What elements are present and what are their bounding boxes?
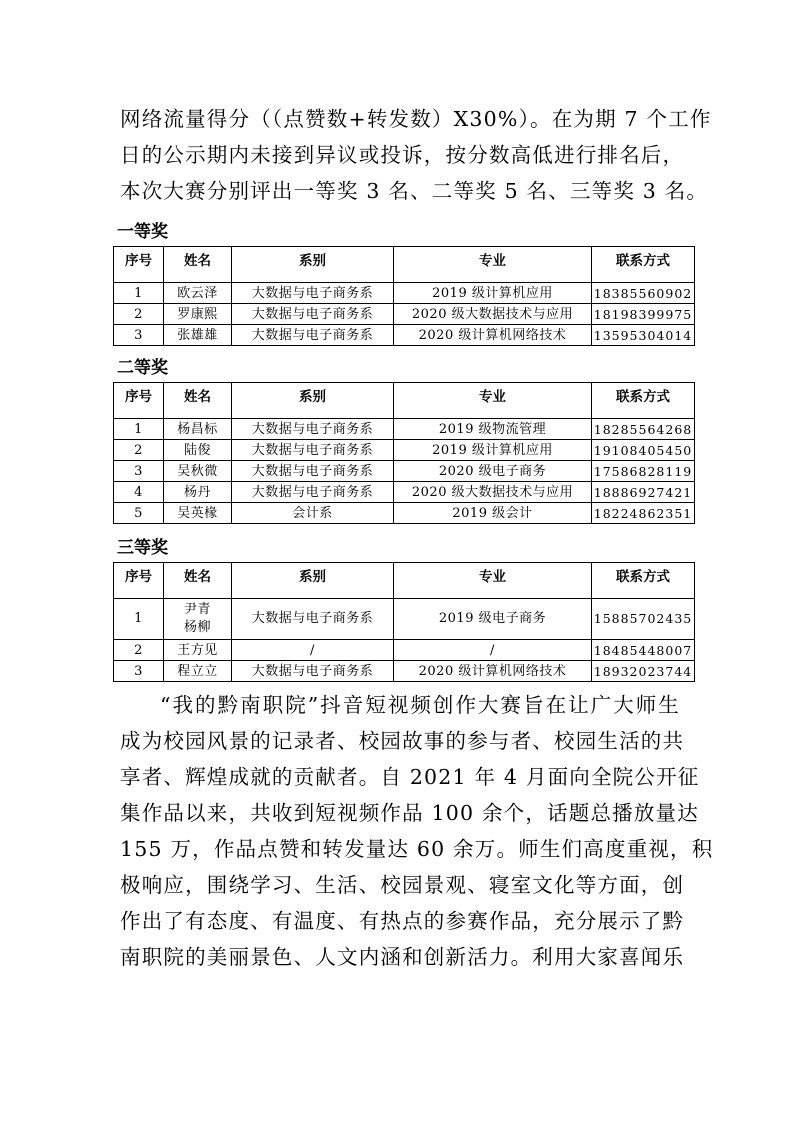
second-prize-heading: 二等奖: [117, 357, 168, 379]
table-row: 3 吴秋微 大数据与电子商务系 2020 级电子商务 17586828119: [114, 461, 695, 482]
header-contact: 联系方式: [592, 383, 695, 419]
cell-major: 2019 级计算机应用: [394, 283, 592, 304]
intro-paragraph: 网络流量得分（（点赞数+转发数）X30%）。在为期 7 个工作 日的公示期内未接…: [120, 101, 680, 209]
cell-contact: 19108405450: [592, 440, 695, 461]
cell-department: 大数据与电子商务系: [232, 283, 394, 304]
header-major: 专业: [394, 247, 592, 283]
cell-no: 1: [114, 599, 164, 640]
cell-no: 2: [114, 440, 164, 461]
first-prize-table: 序号 姓名 系别 专业 联系方式 1 欧云泽 大数据与电子商务系 2019 级计…: [113, 246, 695, 346]
header-contact: 联系方式: [592, 247, 695, 283]
header-department: 系别: [232, 247, 394, 283]
cell-contact: 17586828119: [592, 461, 695, 482]
header-name: 姓名: [164, 247, 232, 283]
header-major: 专业: [394, 383, 592, 419]
table-header-row: 序号 姓名 系别 专业 联系方式: [114, 247, 695, 283]
cell-major: 2019 级电子商务: [394, 599, 592, 640]
text-line: 本次大赛分别评出一等奖 3 名、二等奖 5 名、三等奖 3 名。: [120, 173, 680, 209]
cell-department: 会计系: [232, 503, 394, 524]
header-contact: 联系方式: [592, 563, 695, 599]
table-row: 2 陆俊 大数据与电子商务系 2019 级计算机应用 19108405450: [114, 440, 695, 461]
cell-major: 2020 级计算机网络技术: [394, 325, 592, 346]
cell-no: 4: [114, 482, 164, 503]
cell-name: 张雄雄: [164, 325, 232, 346]
cell-name: 罗康熙: [164, 304, 232, 325]
closing-paragraph: “我的黔南职院”抖音短视频创作大赛旨在让广大师生 成为校园风景的记录者、校园故事…: [120, 687, 680, 975]
header-name: 姓名: [164, 563, 232, 599]
header-no: 序号: [114, 563, 164, 599]
cell-department: 大数据与电子商务系: [232, 325, 394, 346]
cell-department: 大数据与电子商务系: [232, 461, 394, 482]
cell-name: 王方见: [164, 640, 232, 661]
cell-major: 2019 级物流管理: [394, 419, 592, 440]
table-row: 1 杨昌标 大数据与电子商务系 2019 级物流管理 18285564268: [114, 419, 695, 440]
cell-no: 2: [114, 304, 164, 325]
cell-major: 2020 级大数据技术与应用: [394, 304, 592, 325]
cell-contact: 18886927421: [592, 482, 695, 503]
cell-major: 2020 级大数据技术与应用: [394, 482, 592, 503]
cell-contact: 18224862351: [592, 503, 695, 524]
cell-name: 程立立: [164, 661, 232, 682]
table-row: 3 程立立 大数据与电子商务系 2020 级计算机网络技术 1893202374…: [114, 661, 695, 682]
cell-major: /: [394, 640, 592, 661]
cell-no: 1: [114, 419, 164, 440]
table-header-row: 序号 姓名 系别 专业 联系方式: [114, 563, 695, 599]
text-line: 网络流量得分（（点赞数+转发数）X30%）。在为期 7 个工作: [120, 101, 680, 137]
cell-major: 2019 级会计: [394, 503, 592, 524]
table-row: 5 吴英椽 会计系 2019 级会计 18224862351: [114, 503, 695, 524]
table-row: 2 罗康熙 大数据与电子商务系 2020 级大数据技术与应用 181983999…: [114, 304, 695, 325]
text-line: 155 万，作品点赞和转发量达 60 余万。师生们高度重视，积: [120, 831, 680, 867]
cell-major: 2020 级计算机网络技术: [394, 661, 592, 682]
cell-name: 尹青 杨柳: [164, 599, 232, 640]
table-row: 2 王方见 / / 18485448007: [114, 640, 695, 661]
name-line: 尹青: [164, 601, 231, 619]
header-department: 系别: [232, 563, 394, 599]
cell-contact: 18485448007: [592, 640, 695, 661]
cell-contact: 18932023744: [592, 661, 695, 682]
cell-name: 陆俊: [164, 440, 232, 461]
cell-contact: 18285564268: [592, 419, 695, 440]
table-row: 4 杨丹 大数据与电子商务系 2020 级大数据技术与应用 1888692742…: [114, 482, 695, 503]
header-no: 序号: [114, 383, 164, 419]
cell-contact: 18198399975: [592, 304, 695, 325]
table-row: 1 欧云泽 大数据与电子商务系 2019 级计算机应用 18385560902: [114, 283, 695, 304]
cell-no: 2: [114, 640, 164, 661]
cell-department: 大数据与电子商务系: [232, 482, 394, 503]
text-line: 享者、辉煌成就的贡献者。自 2021 年 4 月面向全院公开征: [120, 759, 680, 795]
header-major: 专业: [394, 563, 592, 599]
text-line: 成为校园风景的记录者、校园故事的参与者、校园生活的共: [120, 723, 680, 759]
name-line: 杨柳: [164, 619, 231, 637]
cell-department: /: [232, 640, 394, 661]
cell-major: 2019 级计算机应用: [394, 440, 592, 461]
cell-contact: 15885702435: [592, 599, 695, 640]
cell-no: 3: [114, 461, 164, 482]
header-no: 序号: [114, 247, 164, 283]
cell-name: 欧云泽: [164, 283, 232, 304]
cell-contact: 18385560902: [592, 283, 695, 304]
text-line: 南职院的美丽景色、人文内涵和创新活力。利用大家喜闻乐: [120, 939, 680, 975]
cell-name: 杨丹: [164, 482, 232, 503]
cell-no: 3: [114, 661, 164, 682]
text-line: 集作品以来，共收到短视频作品 100 余个，话题总播放量达: [120, 795, 680, 831]
cell-no: 1: [114, 283, 164, 304]
cell-major: 2020 级电子商务: [394, 461, 592, 482]
cell-department: 大数据与电子商务系: [232, 440, 394, 461]
third-prize-table: 序号 姓名 系别 专业 联系方式 1 尹青 杨柳 大数据与电子商务系 2019 …: [113, 562, 695, 682]
cell-department: 大数据与电子商务系: [232, 599, 394, 640]
table-row: 3 张雄雄 大数据与电子商务系 2020 级计算机网络技术 1359530401…: [114, 325, 695, 346]
cell-name: 杨昌标: [164, 419, 232, 440]
first-prize-heading: 一等奖: [117, 221, 168, 243]
cell-name: 吴英椽: [164, 503, 232, 524]
cell-no: 5: [114, 503, 164, 524]
text-line: “我的黔南职院”抖音短视频创作大赛旨在让广大师生: [120, 687, 680, 723]
cell-department: 大数据与电子商务系: [232, 304, 394, 325]
cell-name: 吴秋微: [164, 461, 232, 482]
cell-contact: 13595304014: [592, 325, 695, 346]
text-line: 极响应，围绕学习、生活、校园景观、寝室文化等方面，创: [120, 867, 680, 903]
header-department: 系别: [232, 383, 394, 419]
text-line: 日的公示期内未接到异议或投诉，按分数高低进行排名后，: [120, 137, 680, 173]
cell-no: 3: [114, 325, 164, 346]
cell-department: 大数据与电子商务系: [232, 419, 394, 440]
table-header-row: 序号 姓名 系别 专业 联系方式: [114, 383, 695, 419]
header-name: 姓名: [164, 383, 232, 419]
third-prize-heading: 三等奖: [117, 537, 168, 559]
text-line: 作出了有态度、有温度、有热点的参赛作品，充分展示了黔: [120, 903, 680, 939]
table-row: 1 尹青 杨柳 大数据与电子商务系 2019 级电子商务 15885702435: [114, 599, 695, 640]
cell-department: 大数据与电子商务系: [232, 661, 394, 682]
second-prize-table: 序号 姓名 系别 专业 联系方式 1 杨昌标 大数据与电子商务系 2019 级物…: [113, 382, 695, 524]
